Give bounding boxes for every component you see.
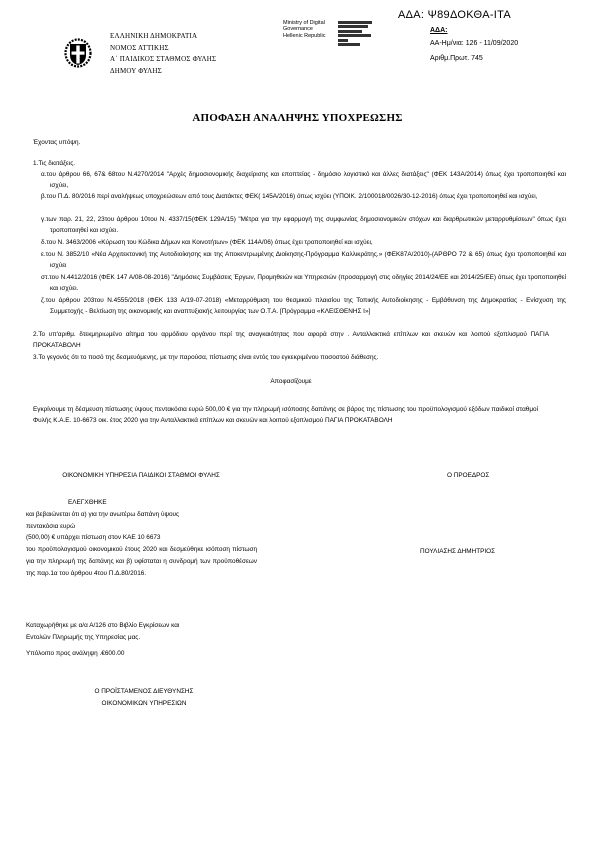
check-line-1: και βεβαιώνεται ότι α) για την ανωτέρω δ… bbox=[26, 509, 257, 521]
greek-coat-of-arms-icon bbox=[64, 38, 92, 68]
org-line: ΕΛΛΗΝΙΚΗ ΔΗΜΟΚΡΑΤΙΑ bbox=[110, 31, 216, 43]
provision-c: γ.των παρ. 21, 22, 23του άρθρου 10του Ν.… bbox=[33, 214, 566, 236]
president-name: ΠΟΥΛΙΑΣΗΣ ΔΗΜΗΤΡΙΟΣ bbox=[420, 546, 495, 558]
provision-d: δ.του Ν. 3463/2006 «Κύρωση του Κώδικα Δή… bbox=[33, 237, 566, 248]
head-of-finance-block: Ο ΠΡΟΪΣΤΑΜΕΝΟΣ ΔΙΕΥΘΥΝΣΗΣ ΟΙΚΟΝΟΜΙΚΩΝ ΥΠ… bbox=[26, 686, 262, 710]
registration-block: Καταχωρήθηκε με α/α Α/126 στο Βιβλίο Εγκ… bbox=[26, 620, 257, 659]
digital-signature-label: Ministry of Digital Governance Hellenic … bbox=[283, 20, 326, 39]
president-title: Ο ΠΡΟΕΔΡΟΣ bbox=[447, 470, 489, 482]
finance-service-block: ΟΙΚΟΝΟΜΙΚΗ ΥΠΗΡΕΣΙΑ ΠΑΙΔΙΚΟΙ ΣΤΑΘΜΟΙ ΦΥΛ… bbox=[26, 470, 256, 482]
ada-code: ΑΔΑ: Ψ89ΔΟΚΘΑ-ΙΤΑ bbox=[398, 9, 511, 21]
decision-text: Εγκρίνουμε τη δέσμευση πίστωσης ύψους πε… bbox=[33, 404, 538, 426]
aa-date: ΑΑ-Ημ/νια: 126 - 11/09/2020 bbox=[430, 40, 518, 47]
provisions-heading: 1.Τις διατάξεις. bbox=[33, 158, 549, 169]
intro-text: Έχοντας υπόψη. bbox=[33, 137, 549, 148]
check-paragraph: του προϋπολογισμού οικονομικού έτους 202… bbox=[26, 544, 257, 579]
head-title-1: Ο ΠΡΟΪΣΤΑΜΕΝΟΣ ΔΙΕΥΘΥΝΣΗΣ bbox=[26, 686, 262, 698]
decide-heading: Αποφασίζουμε bbox=[33, 376, 549, 387]
gov-line: Hellenic Republic bbox=[283, 33, 326, 39]
digital-signature-details bbox=[338, 21, 372, 48]
head-title-2: ΟΙΚΟΝΟΜΙΚΩΝ ΥΠΗΡΕΣΙΩΝ bbox=[26, 698, 262, 710]
org-line: ΝΟΜΟΣ ΑΤΤΙΚΗΣ bbox=[110, 43, 216, 55]
provision-e: ε.του Ν. 3852/10 «Νέα Αρχιτεκτονική της … bbox=[33, 249, 566, 271]
provision-a: α.του άρθρου 66, 67& 68του Ν.4270/2014 "… bbox=[33, 169, 566, 191]
org-line: Α΄ ΠΑΙΔΙΚΟΣ ΣΤΑΘΜΟΣ ΦΥΛΗΣ bbox=[110, 54, 216, 66]
protocol-number: Αριθμ.Πρωτ. 745 bbox=[430, 55, 483, 62]
item-2: 2.Το υπ'αριθμ. δτεκμηριωμένο αίτημα του … bbox=[33, 329, 549, 351]
document-title: ΑΠΟΦΑΣΗ ΑΝΑΛΗΨΗΣ ΥΠΟΧΡΕΩΣΗΣ bbox=[0, 112, 595, 124]
provision-f: στ.του Ν.4412/2016 (ΦΕΚ 147 Α/08-08-2016… bbox=[33, 272, 566, 294]
provision-b: β.του Π.Δ. 80/2016 περί αναλήψεως υποχρε… bbox=[33, 191, 566, 202]
ada-label: ΑΔΑ: bbox=[430, 27, 447, 34]
check-line-3: (500,00) € υπάρχει πίστωση στον ΚΑΕ 10 6… bbox=[26, 532, 257, 544]
organization-header: ΕΛΛΗΝΙΚΗ ΔΗΜΟΚΡΑΤΙΑ ΝΟΜΟΣ ΑΤΤΙΚΗΣ Α΄ ΠΑΙ… bbox=[110, 31, 216, 77]
provision-g: ζ.του άρθρου 203του Ν.4555/2018 (ΦΕΚ 133… bbox=[33, 295, 566, 317]
item-3: 3.Το γεγονός ότι το ποσό της δεσμευόμενη… bbox=[33, 352, 549, 363]
check-block: ΕΛΕΓΧΘΗΚΕ και βεβαιώνεται ότι α) για την… bbox=[26, 497, 257, 580]
balance-text: Υπόλοιπο προς ανάληψη .€600.00 bbox=[26, 648, 257, 660]
org-line: ΔΗΜΟΥ ΦΥΛΗΣ bbox=[110, 66, 216, 78]
orders-text: Εντολών Πληρωμής της Υπηρεσίας μας. bbox=[26, 632, 257, 644]
registered-text: Καταχωρήθηκε με α/α Α/126 στο Βιβλίο Εγκ… bbox=[26, 620, 257, 632]
check-line-2: πεντακόσια ευρώ bbox=[26, 521, 257, 533]
finance-service-title: ΟΙΚΟΝΟΜΙΚΗ ΥΠΗΡΕΣΙΑ ΠΑΙΔΙΚΟΙ ΣΤΑΘΜΟΙ ΦΥΛ… bbox=[26, 470, 256, 482]
checked-label: ΕΛΕΓΧΘΗΚΕ bbox=[26, 497, 257, 509]
